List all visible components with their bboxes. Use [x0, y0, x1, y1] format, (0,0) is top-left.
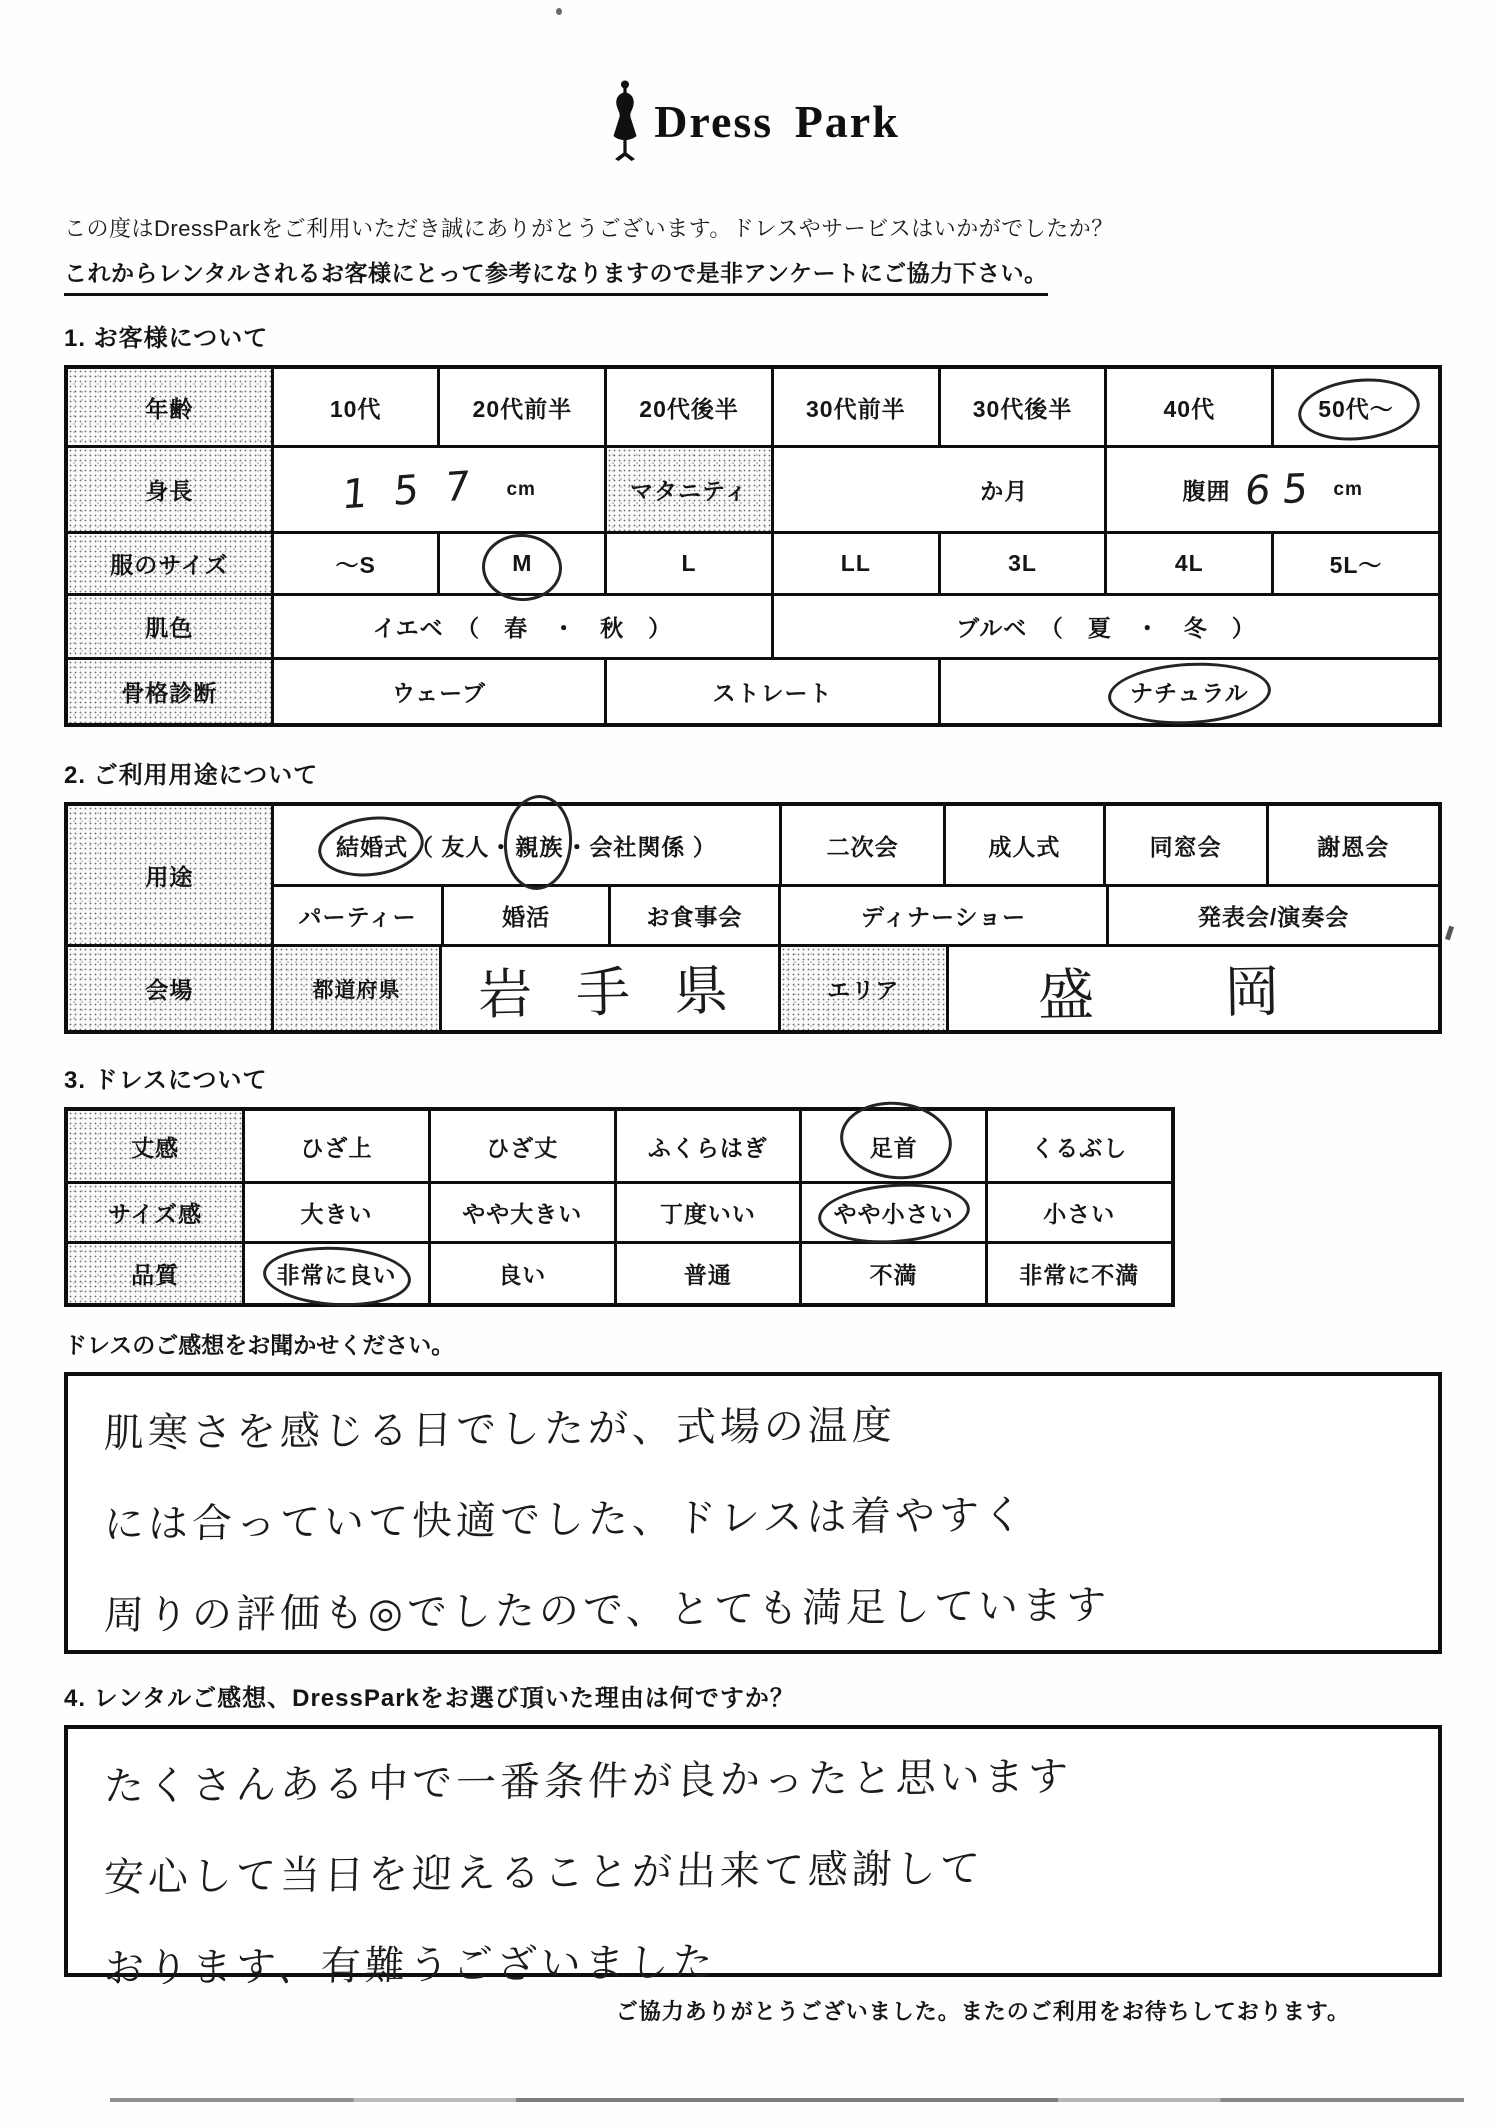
frame-row: 骨格診断 ウェーブ ストレート ナチュラル [68, 657, 1438, 723]
frame-option: ストレート [604, 660, 937, 723]
fit-option: 小さい [985, 1184, 1171, 1241]
height-label: 身長 [68, 448, 271, 531]
waist-label: 腹囲 [1183, 473, 1231, 506]
age-option: 40代 [1104, 369, 1271, 445]
length-option: ひざ丈 [428, 1111, 614, 1181]
handwritten-area: 盛岡 [977, 945, 1410, 1033]
size-option: ～S [271, 534, 438, 593]
handwritten-comment-line: おります、有難うございました [103, 1923, 1438, 1994]
age-option: 30代前半 [771, 369, 938, 445]
usage-option: 成人式 [943, 806, 1103, 884]
quality-label: 品質 [68, 1244, 242, 1303]
logo: Dress Park [64, 80, 1442, 162]
size-option: 5L～ [1271, 534, 1438, 593]
fit-option: 丁度いい [614, 1184, 800, 1241]
size-row: 服のサイズ ～S M L LL 3L 4L 5L～ [68, 531, 1438, 593]
age-option-selected: 50代～ [1271, 369, 1438, 445]
size-label: 服のサイズ [68, 534, 271, 593]
dress-table: 丈感 ひざ上 ひざ丈 ふくらはぎ 足首 くるぶし サイズ感 大きい やや大きい … [64, 1107, 1175, 1307]
size-option: L [604, 534, 771, 593]
handwritten-comment-line: たくさんある中で一番条件が良かったと思います [103, 1741, 1438, 1812]
quality-option: 非常に不満 [985, 1244, 1171, 1303]
handwritten-waist: 65 [1242, 465, 1322, 514]
quality-option-selected: 非常に良い [242, 1244, 428, 1303]
quality-option: 普通 [614, 1244, 800, 1303]
quality-option: 良い [428, 1244, 614, 1303]
handwritten-height: 157 [341, 461, 498, 518]
section2-heading: 2. ご利用用途について [64, 755, 1442, 790]
brand-name: Dress Park [654, 95, 900, 148]
height-row: 身長 157 cm マタニティ か月 腹囲 65 cm [68, 445, 1438, 531]
frame-option: ウェーブ [271, 660, 604, 723]
quality-option: 不満 [799, 1244, 985, 1303]
usage-option: 発表会/演奏会 [1106, 887, 1438, 944]
handwritten-comment-line: 周りの評価も◎でしたので、とても満足しています [103, 1570, 1438, 1641]
frame-option-selected: ナチュラル [938, 660, 1438, 723]
fit-option: やや大きい [428, 1184, 614, 1241]
quality-row: 品質 非常に良い 良い 普通 不満 非常に不満 [68, 1241, 1171, 1303]
area-value-cell: 盛岡 [946, 947, 1438, 1030]
waist-cell: 腹囲 65 cm [1104, 448, 1438, 531]
age-option: 10代 [271, 369, 438, 445]
fit-label: サイズ感 [68, 1184, 242, 1241]
usage-label: 用途 [68, 806, 271, 944]
length-option: くるぶし [985, 1111, 1171, 1181]
scan-artifact-mark [1445, 926, 1454, 941]
length-option-selected: 足首 [799, 1111, 985, 1181]
usage-option: 婚活 [441, 887, 607, 944]
section3-heading: 3. ドレスについて [64, 1060, 1442, 1095]
age-option: 20代後半 [604, 369, 771, 445]
height-value-cell: 157 cm [271, 448, 604, 531]
handwritten-comment-line: 肌寒さを感じる日でしたが、式場の温度 [103, 1388, 1438, 1459]
area-label: エリア [778, 947, 947, 1030]
age-option: 20代前半 [437, 369, 604, 445]
length-row: 丈感 ひざ上 ひざ丈 ふくらはぎ 足首 くるぶし [68, 1111, 1171, 1181]
length-option: ひざ上 [242, 1111, 428, 1181]
footer-thanks-text: ご協力ありがとうございました。またのご利用をお待ちしております。 [64, 1995, 1442, 2026]
reason-box: たくさんある中で一番条件が良かったと思います 安心して当日を迎えることが出来て感… [64, 1725, 1442, 1977]
skin-option-warm: イエベ （ 春 ・ 秋 ） [271, 596, 771, 657]
usage-row-2: パーティー 婚活 お食事会 ディナーショー 発表会/演奏会 [274, 884, 1438, 944]
skin-label: 肌色 [68, 596, 271, 657]
frame-label: 骨格診断 [68, 660, 271, 723]
wedding-detail: （ 友人・ [410, 829, 513, 862]
handwritten-circle: 親族 [515, 829, 563, 862]
age-row: 年齢 10代 20代前半 20代後半 30代前半 30代後半 40代 50代～ [68, 369, 1438, 445]
handwritten-comment-line: には合っていて快適でした、ドレスは着やすく [103, 1479, 1438, 1550]
age-label: 年齢 [68, 369, 271, 445]
customer-table: 年齢 10代 20代前半 20代後半 30代前半 30代後半 40代 50代～ … [64, 365, 1442, 727]
maternity-months-cell: か月 [771, 448, 1104, 531]
height-unit: cm [506, 479, 535, 501]
handwritten-comment-line: 安心して当日を迎えることが出来て感謝して [103, 1832, 1438, 1903]
section4-heading: 4. レンタルご感想、DressParkをお選び頂いた理由は何ですか？ [64, 1678, 1442, 1713]
skin-option-cool: ブルベ （ 夏 ・ 冬 ） [771, 596, 1438, 657]
dress-feedback-box: 肌寒さを感じる日でしたが、式場の温度 には合っていて快適でした、ドレスは着やすく… [64, 1372, 1442, 1654]
length-option: ふくらはぎ [614, 1111, 800, 1181]
venue-row: 会場 都道府県 岩手県 エリア 盛岡 [68, 944, 1438, 1030]
usage-option: 同窓会 [1103, 806, 1266, 884]
length-label: 丈感 [68, 1111, 242, 1181]
section1-heading: 1. お客様について [64, 318, 1442, 353]
usage-table: 用途 結婚式 （ 友人・ 親族 ・会社関係 ） 二次会 成人式 同窓会 謝恩会 [64, 802, 1442, 1034]
prefecture-value-cell: 岩手県 [439, 947, 777, 1030]
intro-request-text: これからレンタルされるお客様にとって参考になりますので是非アンケートにご協力下さ… [64, 255, 1048, 296]
handwritten-prefecture: 岩手県 [447, 947, 772, 1030]
usage-option: 二次会 [779, 806, 943, 884]
waist-unit: cm [1333, 479, 1362, 501]
usage-option: パーティー [274, 887, 442, 944]
handwritten-circle: M [512, 550, 532, 577]
size-option-selected: M [437, 534, 604, 593]
prefecture-label: 都道府県 [271, 947, 440, 1030]
wedding-detail: ・会社関係 ） [565, 829, 716, 862]
size-option: LL [771, 534, 938, 593]
handwritten-circle: 非常に良い [277, 1257, 397, 1290]
usage-option: お食事会 [608, 887, 778, 944]
scan-artifact-line [110, 2098, 1464, 2102]
handwritten-circle: 足首 [870, 1130, 918, 1163]
handwritten-circle: 50代～ [1318, 391, 1394, 424]
usage-option: 謝恩会 [1266, 806, 1438, 884]
fit-row: サイズ感 大きい やや大きい 丁度いい やや小さい 小さい [68, 1181, 1171, 1241]
intro-thanks-text: この度はDressParkをご利用いただき誠にありがとうございます。ドレスやサー… [64, 212, 1442, 243]
dress-feedback-prompt: ドレスのご感想をお聞かせください。 [64, 1327, 1442, 1360]
size-option: 4L [1104, 534, 1271, 593]
age-option: 30代後半 [938, 369, 1105, 445]
handwritten-circle: ナチュラル [1130, 675, 1249, 708]
dress-form-icon [606, 80, 644, 162]
venue-label: 会場 [68, 947, 271, 1030]
maternity-label: マタニティ [604, 448, 771, 531]
handwritten-circle: やや小さい [834, 1196, 954, 1229]
scanned-survey-page: Dress Park この度はDressParkをご利用いただき誠にありがとうご… [0, 0, 1500, 2127]
usage-row-1: 結婚式 （ 友人・ 親族 ・会社関係 ） 二次会 成人式 同窓会 謝恩会 [274, 806, 1438, 884]
skin-row: 肌色 イエベ （ 春 ・ 秋 ） ブルベ （ 夏 ・ 冬 ） [68, 593, 1438, 657]
handwritten-circle: 結婚式 [336, 829, 408, 862]
size-option: 3L [938, 534, 1105, 593]
usage-option-wedding: 結婚式 （ 友人・ 親族 ・会社関係 ） [274, 806, 779, 884]
fit-option: 大きい [242, 1184, 428, 1241]
usage-option: ディナーショー [778, 887, 1106, 944]
fit-option-selected: やや小さい [799, 1184, 985, 1241]
